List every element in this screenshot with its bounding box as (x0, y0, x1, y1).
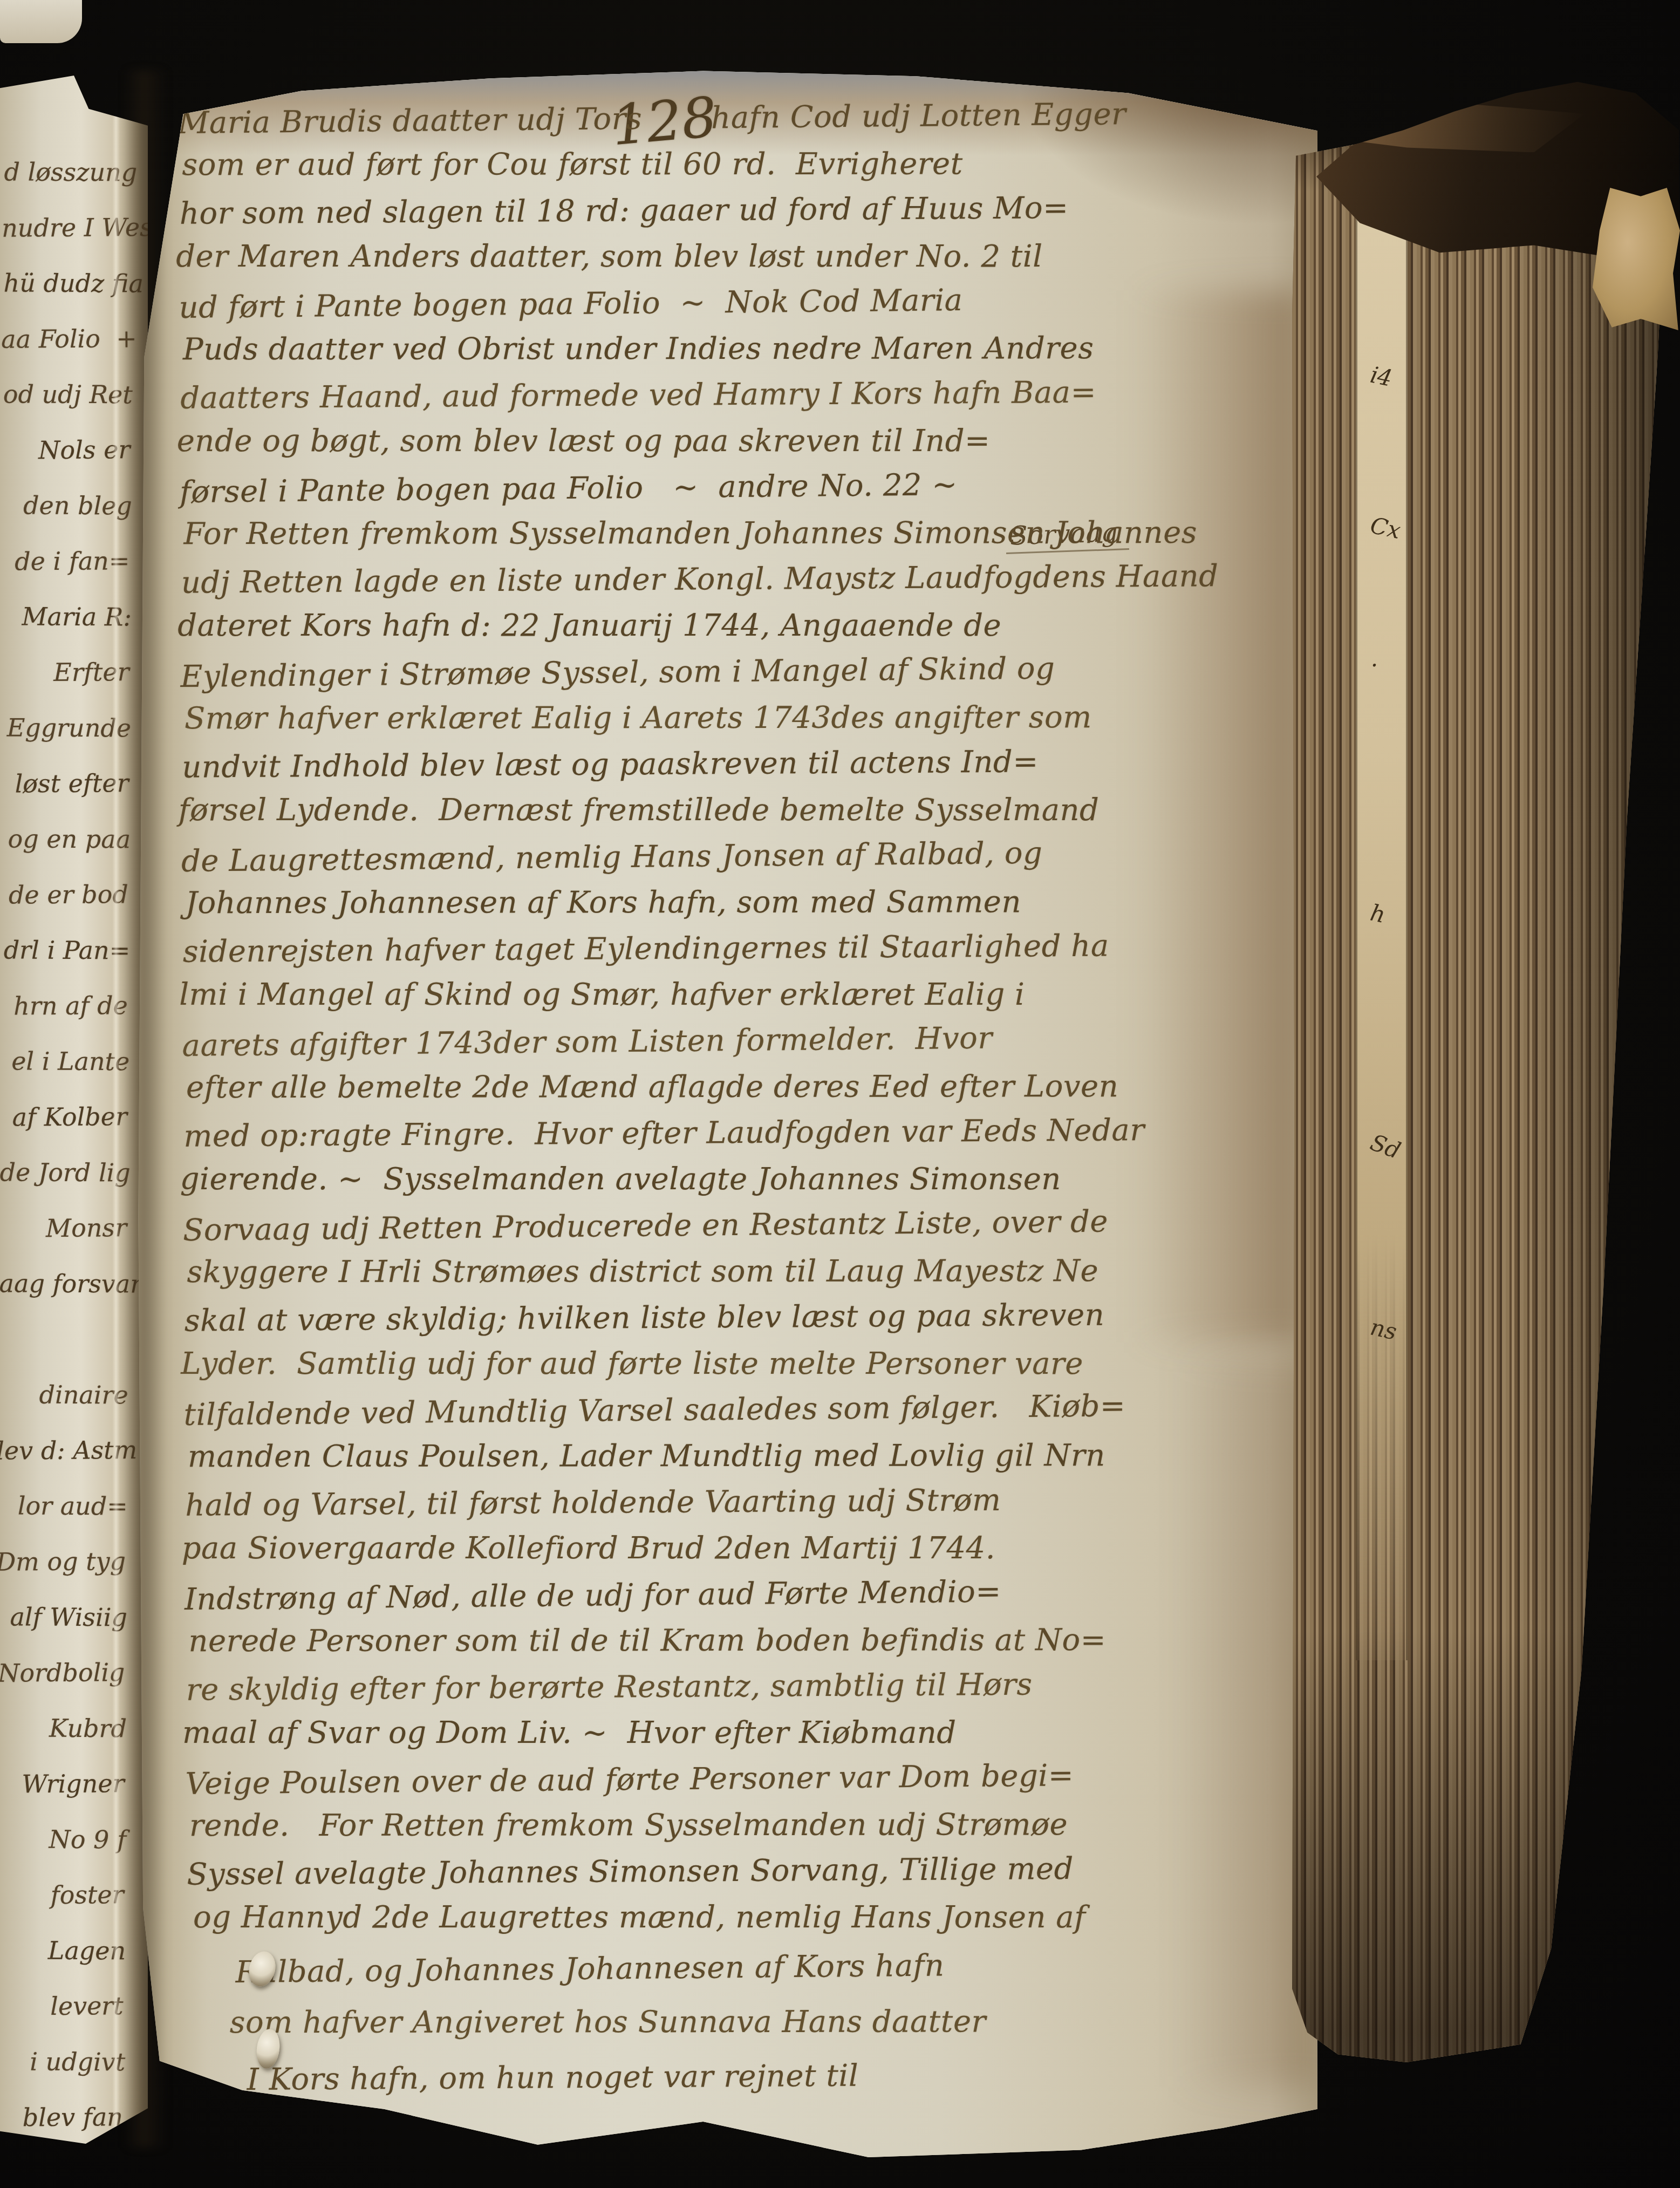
facing-page-line-fragment: nudre I Wes= (2, 200, 132, 256)
manuscript-line: Johannes Johannesen af Kors hafn, som me… (185, 878, 1302, 926)
facing-page-line-fragment: levert (0, 1978, 124, 2034)
manuscript-line: Sorvaag udj Retten Producerede en Restan… (183, 1197, 1300, 1253)
fore-edge-ink-mark: ns (1368, 1314, 1408, 1347)
facing-page-line-fragment: Maria R: (2, 589, 132, 645)
facing-page-line-fragment: løst efter (0, 755, 129, 812)
manuscript-line: dateret Kors hafn d: 22 Januarij 1744, A… (177, 602, 1294, 649)
manuscript-line: gierende. ~ Sysselmanden avelagte Johann… (180, 1156, 1297, 1202)
facing-page-line-fragment: dinaire (0, 1367, 128, 1423)
facing-page-line-fragment: alf Wisiig (0, 1589, 127, 1645)
fore-edge-ink-mark: Sd (1367, 1129, 1408, 1166)
facing-page-line-fragment: blev fan (0, 2089, 123, 2145)
torn-cover-tab (1593, 188, 1680, 330)
manuscript-line: lmi i Mangel af Skind og Smør, hafver er… (179, 971, 1296, 1018)
facing-page-line-fragment: od udj Ret (3, 366, 133, 422)
facing-page-line-fragment: Erfter (0, 644, 129, 700)
top-left-paper-sliver (0, 0, 82, 43)
facing-page-line-fragment: Eggrunde (2, 700, 131, 756)
facing-page-line-fragment: Lagen (0, 1923, 126, 1979)
facing-page-line-fragment: og en paa (1, 811, 131, 867)
fore-edge-protruding-page: 5i4Cx.hSdns (1356, 139, 1408, 1660)
gutter-shadow (124, 70, 167, 2148)
facing-page-line-fragment: de er bod (0, 867, 128, 923)
manuscript-line: manden Claus Poulsen, Lader Mundtlig med… (188, 1432, 1305, 1480)
facing-page-line-fragment: Dm og tyg (0, 1533, 126, 1590)
facing-page-line-fragment: aag forsvar (0, 1256, 129, 1312)
manuscript-line: efter alle bemelte 2de Mænd aflagde dere… (186, 1063, 1303, 1110)
manuscript-line: Eylendinger i Strømøe Syssel, som i Mang… (180, 643, 1297, 700)
manuscript-line: rende. For Retten fremkom Sysselmanden u… (189, 1801, 1306, 1849)
manuscript-line: hald og Varsel, til først holdende Vaart… (185, 1475, 1302, 1529)
manuscript-line: nerede Personer som til de til Kram bode… (188, 1617, 1305, 1664)
manuscript-line: der Maren Anders daatter, som blev løst … (176, 233, 1293, 280)
manuscript-line: førsel Lydende. Dernæst fremstillede bem… (179, 787, 1295, 833)
facing-page-line-fragment: de Jord lig (0, 1144, 129, 1201)
manuscript-line: Maria Brudis daatter udj Tors hafn Cod u… (178, 90, 1295, 146)
manuscript-line: som er aud ført for Cou først til 60 rd.… (182, 140, 1299, 188)
manuscript-line: For Retten fremkom Sysselmanden Johannes… (183, 509, 1300, 557)
manuscript-line: Ralbad, og Johannes Johannesen af Kors h… (186, 1935, 1303, 2000)
facing-page-line-fragment: de i fan= (0, 533, 130, 589)
manuscript-line: Lyder. Samtlig udj for aud førte liste m… (181, 1340, 1297, 1387)
facing-page-line-fragment: drl i Pan= (1, 922, 130, 978)
manuscript-line: Smør hafver erklæret Ealig i Aarets 1743… (185, 694, 1301, 741)
manuscript-line: Syssel avelagte Johannes Simonsen Sorvan… (187, 1844, 1304, 1898)
manuscript-line: re skyldig efter for berørte Restantz, s… (186, 1660, 1303, 1713)
facing-page-line-fragment: No 9 f (0, 1811, 126, 1867)
fore-edge-ink-mark: h (1368, 899, 1408, 933)
facing-page-line-fragment: i udgivt (0, 2034, 126, 2090)
manuscript-line: som hafver Angiveret hos Sunnava Hans da… (190, 1994, 1307, 2050)
facing-page-line-fragment: foster (0, 1867, 124, 1923)
manuscript-line: udj Retten lagde en liste under Kongl. M… (181, 553, 1299, 606)
facing-page-line-fragment: den bleg (3, 478, 132, 534)
manuscript-line: sidenrejsten hafver taget Eylendingernes… (183, 922, 1300, 975)
facing-page-line-fragment: aa Folio + (1, 311, 131, 367)
manuscript-line: undvit Indhold blev læst og paaskreven t… (182, 737, 1299, 790)
manuscript-line: og Hannyd 2de Laugrettes mænd, nemlig Ha… (183, 1894, 1300, 1940)
facing-page-line-fragment: Wrigner (0, 1756, 125, 1812)
facing-page-line-fragment (0, 1311, 126, 1367)
book-fore-edge: 5i4Cx.hSdns (1292, 116, 1673, 2108)
fore-edge-ink-mark: i4 (1368, 362, 1408, 395)
facing-page-line-fragment: Nols er (1, 422, 131, 478)
manuscript-line: de Laugrettesmænd, nemlig Hans Jonsen af… (181, 828, 1299, 884)
manuscript-line: tilfaldende ved Mundtlig Varsel saaledes… (183, 1381, 1301, 1438)
facing-page-line-fragment: Kubrd (0, 1700, 127, 1756)
facing-page-line-fragment: Nordbolig (0, 1645, 125, 1701)
manuscript-line: med op:ragte Fingre. Hvor efter Laudfogd… (183, 1106, 1301, 1160)
facing-page-line-fragment: af Kolber (0, 1089, 127, 1145)
facing-page-line-fragment: hrn af de (0, 978, 128, 1034)
book-photo-canvas: { "page": { "page_number": "128", "margi… (0, 0, 1680, 2188)
manuscript-line: hor som ned slagen til 18 rd: gaaer ud f… (180, 183, 1297, 237)
manuscript-line: ud ført i Pante bogen paa Folio ~ Nok Co… (179, 274, 1296, 331)
fore-edge-ink-mark: Cx (1368, 512, 1408, 546)
manuscript-line: daatters Haand, aud formede ved Hamry I … (180, 368, 1297, 421)
fore-edge-ink-mark: . (1369, 643, 1406, 672)
manuscript-line: førsel i Pante bogen paa Folio ~ andre N… (180, 459, 1297, 515)
manuscript-line: ende og bøgt, som blev læst og paa skrev… (177, 418, 1294, 464)
manuscript-line: Indstrøng af Nød, alle de udj for aud Fø… (185, 1566, 1302, 1623)
manuscript-line: paa Siovergaarde Kollefiord Brud 2den Ma… (182, 1525, 1299, 1571)
manuscript-line: aarets afgifter 1743der som Listen forme… (182, 1012, 1299, 1069)
facing-page-line-fragment: lor aud= (0, 1478, 128, 1534)
facing-page-line-fragment: d løsszung (4, 144, 133, 200)
manuscript-line: I Kors hafn, om hun noget var rejnet til (188, 2046, 1305, 2107)
manuscript-line: skal at være skyldig; hvilken liste blev… (185, 1291, 1302, 1344)
facing-page-line-fragment: el i Lante (0, 1033, 129, 1089)
manuscript-line: maal af Svar og Dom Liv. ~ Hvor efter Ki… (182, 1709, 1299, 1756)
facing-page-line-fragment: lev d: Astm (0, 1422, 126, 1478)
manuscript-text-block: Maria Brudis daatter udj Tors hafn Cod u… (178, 93, 1303, 2107)
facing-page-line-fragment: hü dudz fia (3, 255, 133, 311)
manuscript-page: 128 Sorvaag Maria Brudis daatter udj Tor… (136, 64, 1317, 2159)
manuscript-line: skyggere I Hrli Strømøes district som ti… (187, 1248, 1303, 1295)
facing-page-line-fragment: Monsr (0, 1200, 127, 1256)
manuscript-line: Puds daatter ved Obrist under Indies ned… (183, 325, 1300, 372)
manuscript-line: Veige Poulsen over de aud førte Personer… (185, 1750, 1302, 1807)
